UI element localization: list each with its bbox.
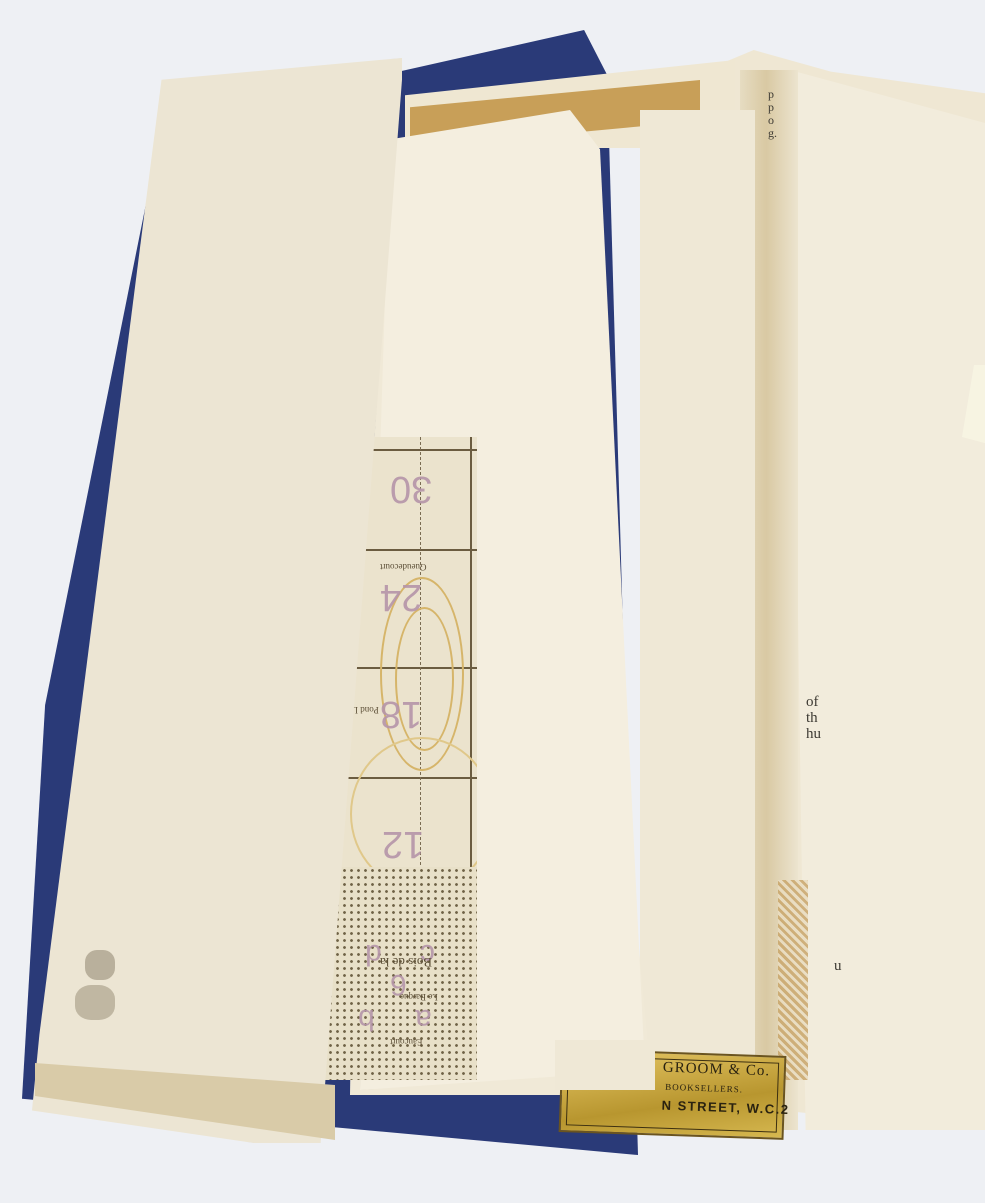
map-corner-letter: a: [415, 1002, 432, 1036]
map-grid-number: 30: [390, 467, 432, 510]
map-place-label: Bois de la: [380, 954, 432, 970]
text-fragment: th: [806, 710, 821, 726]
spine-gauze: [778, 880, 808, 1080]
right-page-text: of th hu: [806, 694, 821, 742]
text-fragment: hu: [806, 726, 821, 742]
map-grid-number: 24: [380, 575, 422, 618]
map-corner-letter: b: [358, 1002, 375, 1036]
paper-stain: [75, 985, 115, 1020]
map-place-label: Gueudecourt: [380, 562, 426, 572]
paper-stain: [85, 950, 115, 980]
endpaper-sheet: [640, 110, 755, 1100]
map-pocket-corner: [555, 1040, 655, 1090]
text-fragment: of: [806, 694, 821, 710]
map-place-label: Eaucourt: [390, 1037, 422, 1047]
right-page: [790, 70, 985, 1130]
map-grid-number: 12: [382, 822, 424, 865]
margin-letter: g.: [768, 127, 777, 140]
map-place-label: Le Barque: [400, 992, 438, 1002]
map-grid-number: 18: [380, 692, 422, 735]
margin-letters: p p o g.: [768, 88, 777, 140]
text-fragment: u: [834, 958, 842, 975]
